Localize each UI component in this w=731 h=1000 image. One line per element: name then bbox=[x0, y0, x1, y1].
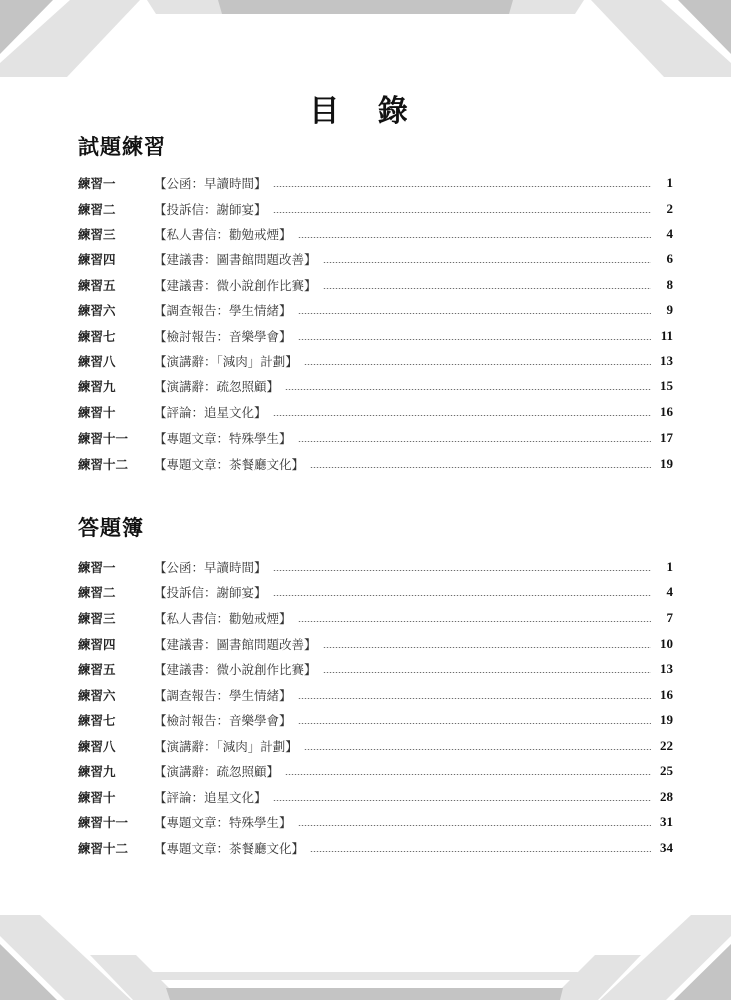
entry-label: 練習十 bbox=[78, 403, 154, 421]
dot-leader bbox=[323, 262, 651, 263]
dot-leader bbox=[298, 441, 651, 442]
toc-section-exercises: 試題練習 練習一【公函：早讀時間】1 練習二【投訴信：謝師宴】2 練習三【私人書… bbox=[78, 133, 673, 161]
toc-entry[interactable]: 練習七【檢討報告：音樂學會】11 bbox=[78, 326, 673, 346]
toc-entry[interactable]: 練習三【私人書信：勸勉戒煙】4 bbox=[78, 224, 673, 244]
toc-entry[interactable]: 練習九【演講辭：疏忽照顧】15 bbox=[78, 376, 673, 396]
toc-entry[interactable]: 練習十一【專題文章：特殊學生】17 bbox=[78, 428, 673, 448]
dot-leader bbox=[298, 339, 651, 340]
entry-page-number: 34 bbox=[655, 840, 673, 856]
entry-title: 【評論：追星文化】 bbox=[154, 788, 267, 806]
entry-page-number: 4 bbox=[655, 584, 673, 600]
entry-page-number: 28 bbox=[655, 789, 673, 805]
entry-page-number: 4 bbox=[655, 226, 673, 242]
entry-label: 練習七 bbox=[78, 711, 154, 729]
entry-label: 練習一 bbox=[78, 558, 154, 576]
toc-entry[interactable]: 練習六【調查報告：學生情緒】16 bbox=[78, 685, 673, 705]
entry-page-number: 1 bbox=[655, 175, 673, 191]
entry-label: 練習二 bbox=[78, 200, 154, 218]
toc-entry[interactable]: 練習十【評論：追星文化】16 bbox=[78, 402, 673, 422]
toc-entry[interactable]: 練習五【建議書：微小說創作比賽】13 bbox=[78, 659, 673, 679]
entry-label: 練習一 bbox=[78, 174, 154, 192]
entry-title: 【私人書信：勸勉戒煙】 bbox=[154, 609, 292, 627]
dot-leader bbox=[285, 389, 651, 390]
dot-leader bbox=[298, 621, 651, 622]
toc-entry[interactable]: 練習三【私人書信：勸勉戒煙】7 bbox=[78, 608, 673, 628]
toc-entry[interactable]: 練習五【建議書：微小說創作比賽】8 bbox=[78, 275, 673, 295]
entry-title: 【演講辭：疏忽照顧】 bbox=[154, 762, 279, 780]
entry-page-number: 16 bbox=[655, 687, 673, 703]
toc-entry[interactable]: 練習二【投訴信：謝師宴】4 bbox=[78, 582, 673, 602]
dot-leader bbox=[273, 415, 651, 416]
entry-page-number: 16 bbox=[655, 404, 673, 420]
entry-page-number: 7 bbox=[655, 610, 673, 626]
entry-title: 【公函：早讀時間】 bbox=[154, 174, 267, 192]
section-heading: 試題練習 bbox=[78, 133, 673, 161]
entry-label: 練習六 bbox=[78, 301, 154, 319]
entry-title: 【建議書：圖書館問題改善】 bbox=[154, 635, 317, 653]
dot-leader bbox=[273, 595, 651, 596]
dot-leader bbox=[298, 723, 651, 724]
entry-page-number: 31 bbox=[655, 814, 673, 830]
entry-page-number: 25 bbox=[655, 763, 673, 779]
toc-entry[interactable]: 練習六【調查報告：學生情緒】9 bbox=[78, 300, 673, 320]
toc-entry[interactable]: 練習一【公函：早讀時間】1 bbox=[78, 173, 673, 193]
dot-leader bbox=[304, 364, 651, 365]
entry-page-number: 8 bbox=[655, 277, 673, 293]
entry-title: 【私人書信：勸勉戒煙】 bbox=[154, 225, 292, 243]
entry-page-number: 1 bbox=[655, 559, 673, 575]
dot-leader bbox=[298, 698, 651, 699]
toc-entry[interactable]: 練習八【演講辭：「減肉」計劃】22 bbox=[78, 736, 673, 756]
dot-leader bbox=[285, 774, 651, 775]
entry-page-number: 10 bbox=[655, 636, 673, 652]
entry-title: 【演講辭：「減肉」計劃】 bbox=[154, 352, 298, 370]
dot-leader bbox=[273, 186, 651, 187]
entry-title: 【專題文章：特殊學生】 bbox=[154, 429, 292, 447]
entry-label: 練習九 bbox=[78, 762, 154, 780]
dot-leader bbox=[310, 851, 651, 852]
top-decoration bbox=[0, 0, 731, 77]
entry-label: 練習四 bbox=[78, 635, 154, 653]
entry-label: 練習八 bbox=[78, 352, 154, 370]
entry-page-number: 13 bbox=[655, 353, 673, 369]
entry-label: 練習十 bbox=[78, 788, 154, 806]
dot-leader bbox=[310, 467, 651, 468]
entry-title: 【投訴信：謝師宴】 bbox=[154, 583, 267, 601]
toc-entry[interactable]: 練習十【評論：追星文化】28 bbox=[78, 787, 673, 807]
entry-label: 練習九 bbox=[78, 377, 154, 395]
entry-title: 【演講辭：「減肉」計劃】 bbox=[154, 737, 298, 755]
dot-leader bbox=[273, 800, 651, 801]
entry-title: 【投訴信：謝師宴】 bbox=[154, 200, 267, 218]
dot-leader bbox=[323, 288, 651, 289]
entry-page-number: 22 bbox=[655, 738, 673, 754]
entry-title: 【公函：早讀時間】 bbox=[154, 558, 267, 576]
toc-entry[interactable]: 練習二【投訴信：謝師宴】2 bbox=[78, 199, 673, 219]
entry-label: 練習三 bbox=[78, 225, 154, 243]
bottom-decoration bbox=[0, 915, 731, 1000]
entry-title: 【專題文章：茶餐廳文化】 bbox=[154, 839, 304, 857]
entry-page-number: 2 bbox=[655, 201, 673, 217]
dot-leader bbox=[273, 570, 651, 571]
dot-leader bbox=[323, 647, 651, 648]
entry-label: 練習十一 bbox=[78, 429, 154, 447]
entry-title: 【評論：追星文化】 bbox=[154, 403, 267, 421]
entry-label: 練習四 bbox=[78, 250, 154, 268]
dot-leader bbox=[273, 212, 651, 213]
entry-label: 練習十一 bbox=[78, 813, 154, 831]
dot-leader bbox=[323, 672, 651, 673]
entry-page-number: 19 bbox=[655, 456, 673, 472]
entry-title: 【檢討報告：音樂學會】 bbox=[154, 711, 292, 729]
toc-entry[interactable]: 練習四【建議書：圖書館問題改善】10 bbox=[78, 634, 673, 654]
entry-page-number: 13 bbox=[655, 661, 673, 677]
entry-label: 練習二 bbox=[78, 583, 154, 601]
entry-page-number: 17 bbox=[655, 430, 673, 446]
entry-title: 【專題文章：特殊學生】 bbox=[154, 813, 292, 831]
entry-title: 【建議書：微小說創作比賽】 bbox=[154, 276, 317, 294]
toc-entry[interactable]: 練習十一【專題文章：特殊學生】31 bbox=[78, 812, 673, 832]
toc-entry[interactable]: 練習十二【專題文章：茶餐廳文化】34 bbox=[78, 838, 673, 858]
toc-entry[interactable]: 練習八【演講辭：「減肉」計劃】13 bbox=[78, 351, 673, 371]
entry-label: 練習十二 bbox=[78, 455, 154, 473]
section-heading: 答題簿 bbox=[78, 514, 673, 542]
dot-leader bbox=[304, 749, 651, 750]
entry-title: 【建議書：圖書館問題改善】 bbox=[154, 250, 317, 268]
entry-page-number: 6 bbox=[655, 251, 673, 267]
toc-section-answer-book: 答題簿 練習一【公函：早讀時間】1 練習二【投訴信：謝師宴】4 練習三【私人書信… bbox=[78, 514, 673, 542]
entry-label: 練習六 bbox=[78, 686, 154, 704]
entry-label: 練習十二 bbox=[78, 839, 154, 857]
dot-leader bbox=[298, 237, 651, 238]
entry-title: 【建議書：微小說創作比賽】 bbox=[154, 660, 317, 678]
entry-title: 【檢討報告：音樂學會】 bbox=[154, 327, 292, 345]
entry-label: 練習七 bbox=[78, 327, 154, 345]
entry-page-number: 9 bbox=[655, 302, 673, 318]
entry-title: 【演講辭：疏忽照顧】 bbox=[154, 377, 279, 395]
entry-title: 【調查報告：學生情緒】 bbox=[154, 301, 292, 319]
toc-entry[interactable]: 練習十二【專題文章：茶餐廳文化】19 bbox=[78, 454, 673, 474]
entry-page-number: 15 bbox=[655, 378, 673, 394]
entry-label: 練習三 bbox=[78, 609, 154, 627]
entry-page-number: 19 bbox=[655, 712, 673, 728]
dot-leader bbox=[298, 825, 651, 826]
toc-entry[interactable]: 練習一【公函：早讀時間】1 bbox=[78, 557, 673, 577]
toc-entry[interactable]: 練習九【演講辭：疏忽照顧】25 bbox=[78, 761, 673, 781]
toc-entry[interactable]: 練習七【檢討報告：音樂學會】19 bbox=[78, 710, 673, 730]
entry-label: 練習五 bbox=[78, 276, 154, 294]
entry-label: 練習八 bbox=[78, 737, 154, 755]
page-title: 目 錄 bbox=[0, 92, 731, 132]
dot-leader bbox=[298, 313, 651, 314]
toc-entry[interactable]: 練習四【建議書：圖書館問題改善】6 bbox=[78, 249, 673, 269]
entry-label: 練習五 bbox=[78, 660, 154, 678]
entry-page-number: 11 bbox=[655, 328, 673, 344]
entry-title: 【專題文章：茶餐廳文化】 bbox=[154, 455, 304, 473]
entry-title: 【調查報告：學生情緒】 bbox=[154, 686, 292, 704]
